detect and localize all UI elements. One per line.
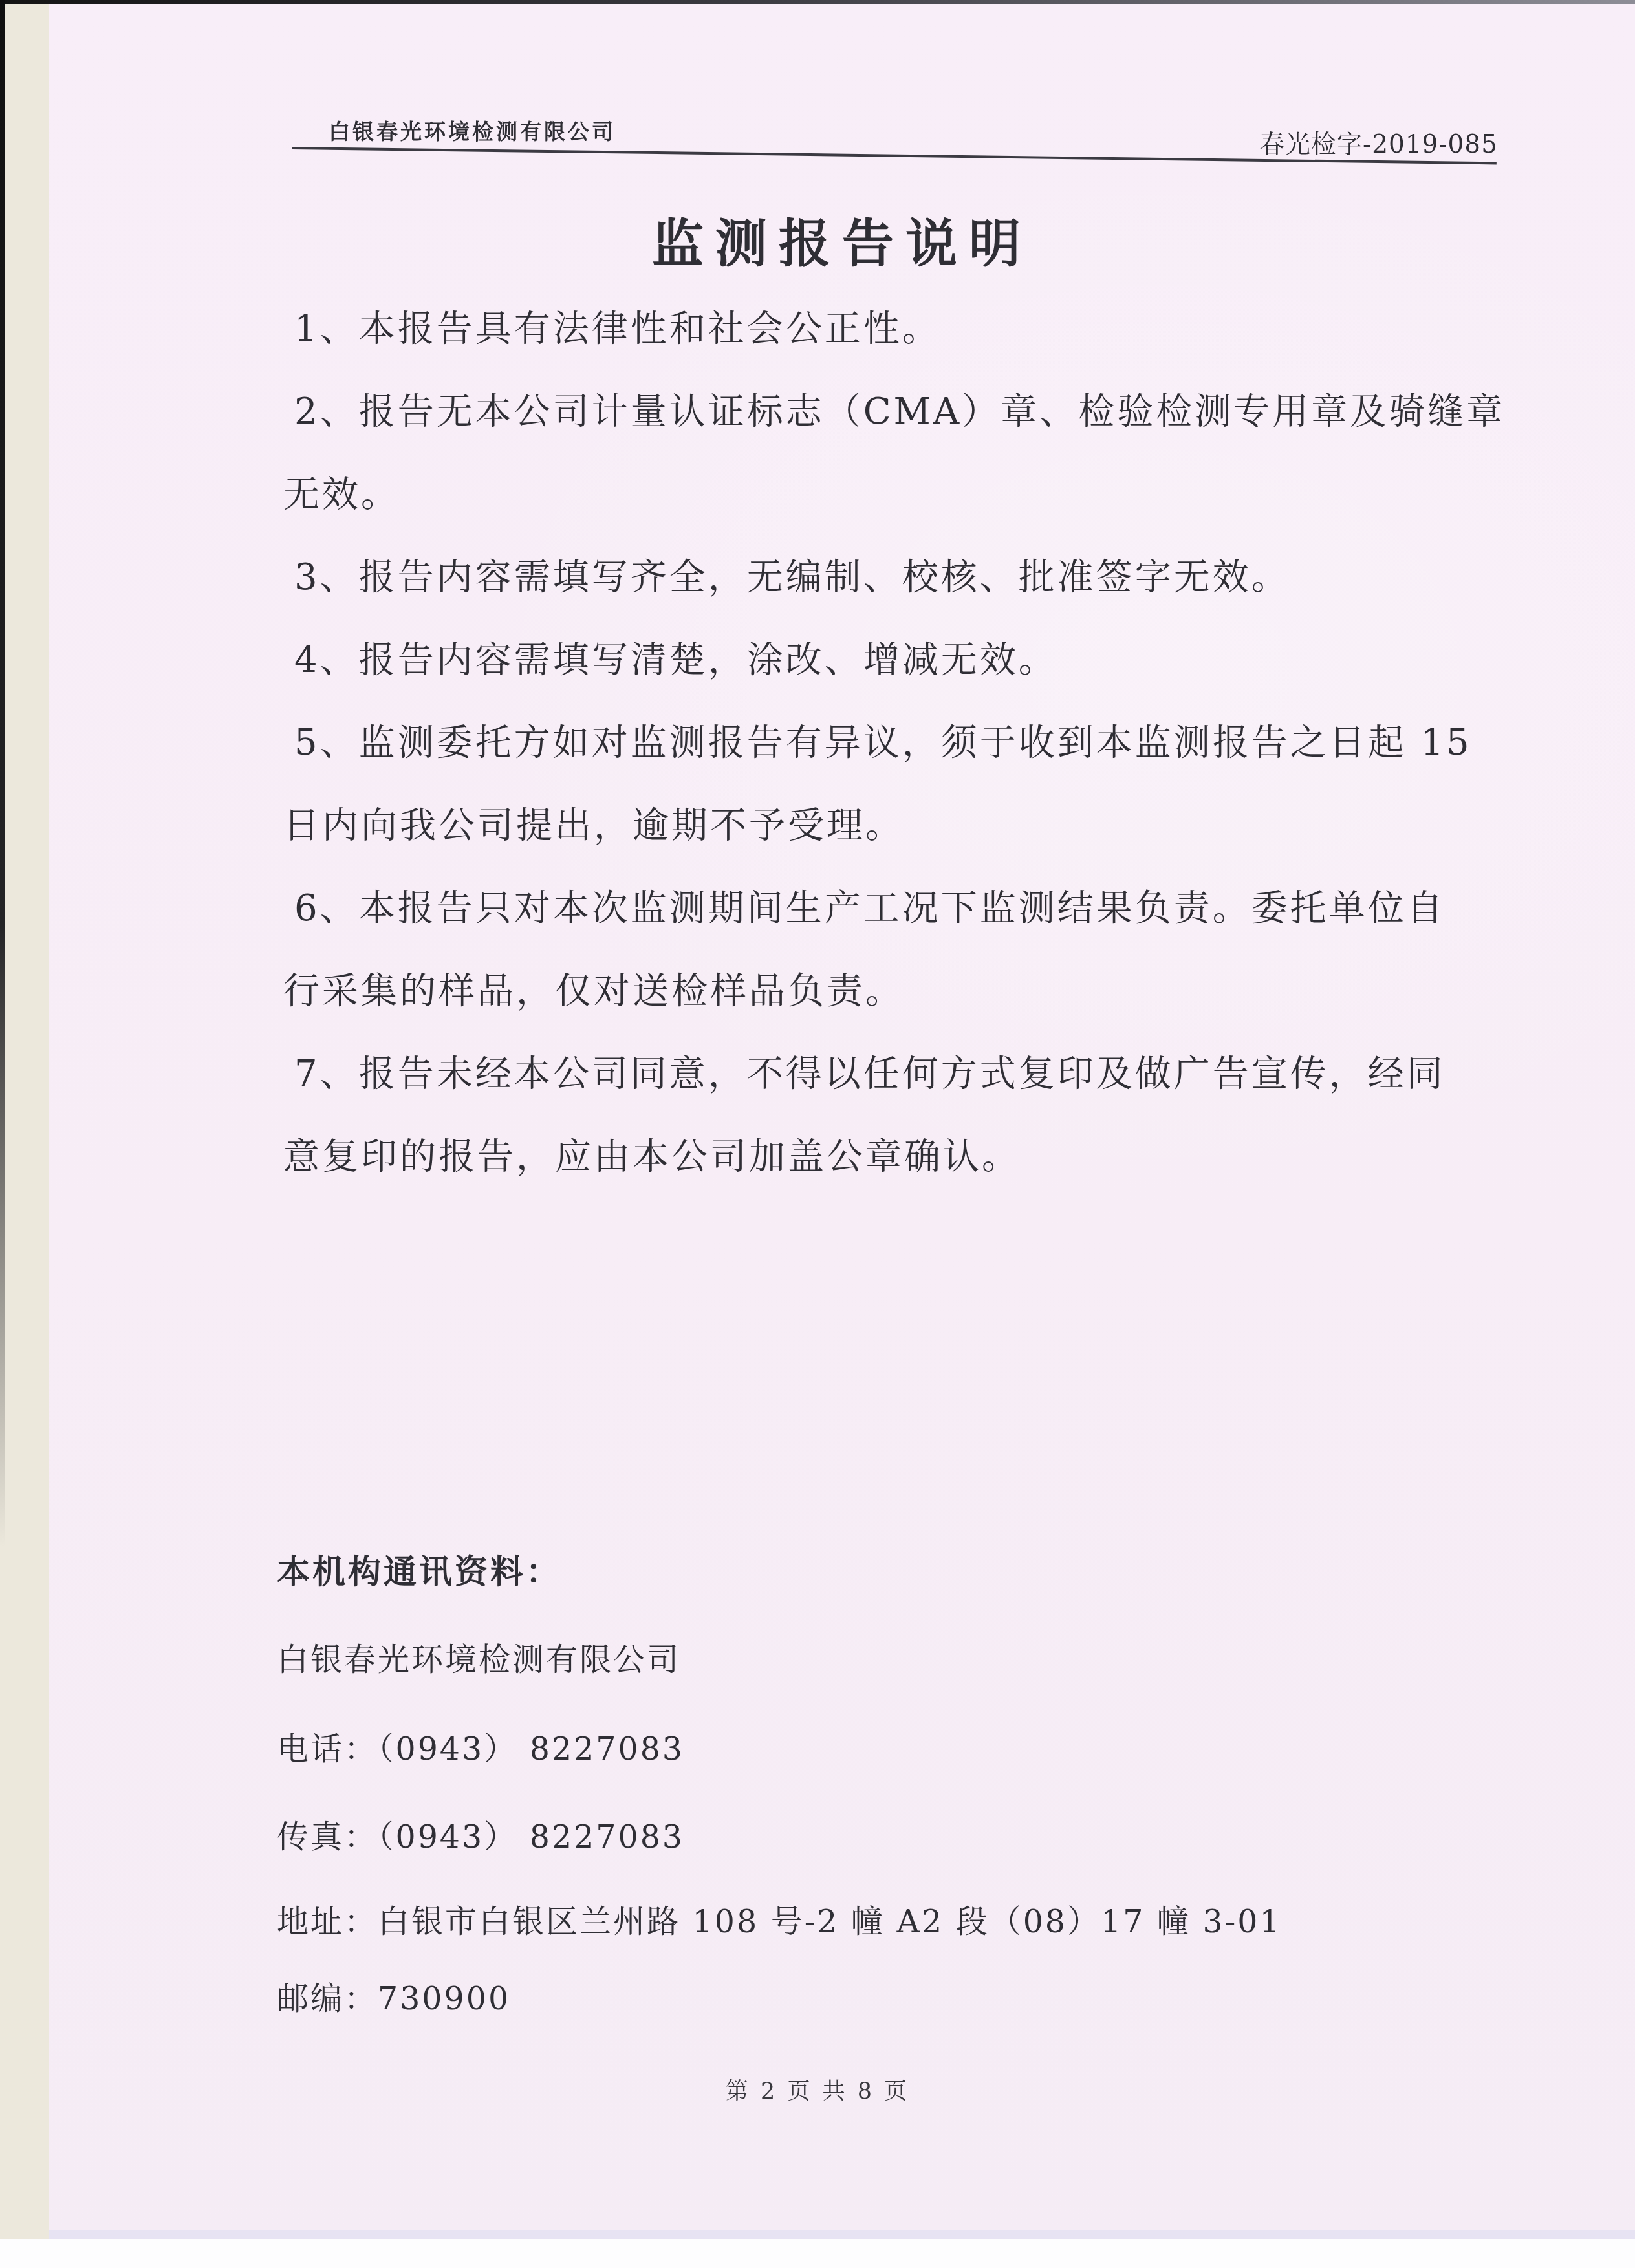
- report-note-line: 7、报告未经本公司同意，不得以任何方式复印及做广告宣传，经同: [283, 1052, 1446, 1097]
- report-note-line: 1、本报告具有法律性和社会公正性。: [283, 307, 941, 352]
- scan-edge-top: [0, 0, 1635, 4]
- page-title: 监测报告说明: [49, 202, 1635, 276]
- scanned-document: 白银春光环境检测有限公司 春光检字-2019-085 监测报告说明 1、本报告具…: [0, 0, 1635, 2268]
- header-document-number: 春光检字-2019-085: [1171, 124, 1498, 160]
- contact-heading: 本机构通讯资料：: [277, 1552, 561, 1592]
- report-note-line: 行采集的样品，仅对送检样品负责。: [283, 969, 904, 1014]
- contact-postcode: 邮编：730900: [277, 1979, 510, 2019]
- header-company-name: 白银春光环境检测有限公司: [329, 115, 616, 146]
- page-number-footer: 第 2 页 共 8 页: [0, 2073, 1635, 2106]
- report-note-line: 5、监测委托方如对监测报告有异议，须于收到本监测报告之日起 15: [283, 720, 1472, 766]
- report-note-line: 6、本报告只对本次监测期间生产工况下监测结果负责。委托单位自: [283, 886, 1446, 931]
- report-note-line: 2、报告无本公司计量认证标志（CMA）章、检验检测专用章及骑缝章: [283, 389, 1505, 435]
- report-note-line: 3、报告内容需填写齐全，无编制、校核、批准签字无效。: [283, 555, 1290, 600]
- scan-margin-bottom: [0, 2239, 1635, 2268]
- contact-address: 地址：白银市白银区兰州路 108 号-2 幢 A2 段（08）17 幢 3-01: [277, 1902, 1282, 1942]
- report-note-line: 4、报告内容需填写清楚，涂改、增减无效。: [283, 638, 1057, 683]
- report-note-line: 无效。: [283, 472, 400, 517]
- contact-company: 白银春光环境检测有限公司: [277, 1640, 680, 1680]
- scan-artifact-bottom-tint: [49, 2230, 1635, 2239]
- scan-edge-left: [0, 0, 5, 1681]
- contact-phone: 电话：（0943） 8227083: [277, 1729, 684, 1769]
- report-note-line: 日内向我公司提出，逾期不予受理。: [283, 803, 904, 848]
- contact-fax: 传真：（0943） 8227083: [277, 1817, 684, 1857]
- report-note-line: 意复印的报告，应由本公司加盖公章确认。: [283, 1134, 1021, 1180]
